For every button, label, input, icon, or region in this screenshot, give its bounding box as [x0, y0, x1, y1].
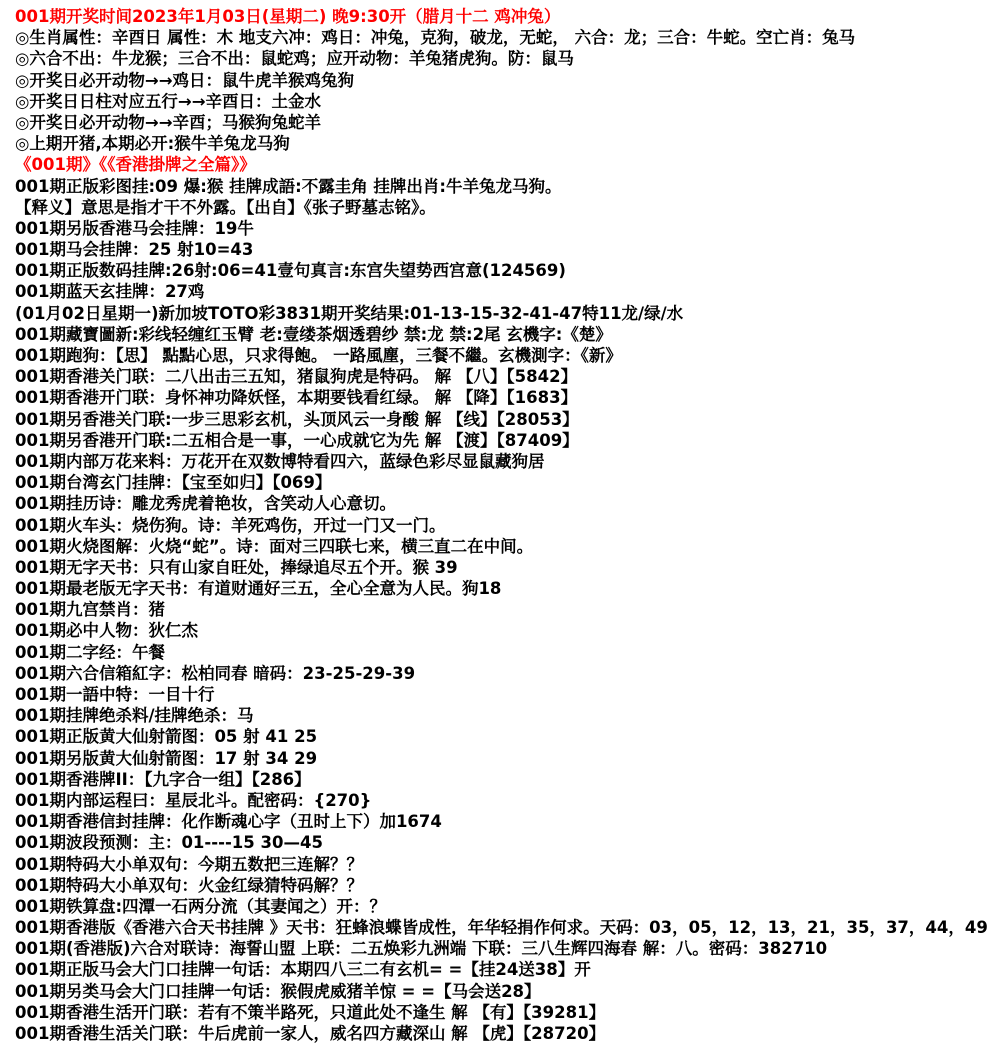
- text-line: 001期挂历诗：雕龙秀虎着艳妆，含笑动人心意切。: [15, 493, 996, 514]
- text-line: 001期必中人物：狄仁杰: [15, 620, 996, 641]
- text-line: 001期一語中特：一目十行: [15, 684, 996, 705]
- text-line: 001期香港开门联：身怀神功降妖怪，本期要钱看红绿。 解 【降】【1683】: [15, 387, 996, 408]
- text-line: 001期特码大小单双句：今期五数把三连解？？: [15, 854, 996, 875]
- text-line: 001期特码大小单双句：火金红绿猜特码解？？: [15, 875, 996, 896]
- text-line: 001期正版数码挂牌:26射:06=41壹句真言:东宫失望势西宫意(124569…: [15, 260, 996, 281]
- text-line: 《001期》《《香港掛牌之全篇》》: [15, 154, 996, 175]
- text-line: 001期香港生活关门联：牛后虎前一家人，威名四方藏深山 解 【虎】【28720】: [15, 1023, 996, 1044]
- text-line: 001期正版彩图挂:09 爆:猴 挂牌成語:不露圭角 挂牌出肖:牛羊兔龙马狗。: [15, 176, 996, 197]
- text-line: 001期火烧图解：火烧“蛇”。诗：面对三四联七来，横三直二在中间。: [15, 536, 996, 557]
- text-line: ◎开奖日必开动物→→鸡日：鼠牛虎羊猴鸡兔狗: [15, 70, 996, 91]
- text-line: 001期内部万花来料：万花开在双数博特看四六，蓝绿色彩尽显鼠藏狗居: [15, 451, 996, 472]
- text-line: ◎上期开猪,本期必开:猴牛羊兔龙马狗: [15, 133, 996, 154]
- text-line: 001期另香港开门联:二五相合是一事，一心成就它为先 解 【渡】【87409】: [15, 430, 996, 451]
- text-line: ◎开奖日必开动物→→辛酉；马猴狗兔蛇羊: [15, 112, 996, 133]
- text-line: 001期铁算盘:四潭一石两分流（其妻闻之）开：？: [15, 896, 996, 917]
- text-line: ◎开奖日日柱对应五行→→辛酉日：土金水: [15, 91, 996, 112]
- text-line: 001期另香港关门联:一步三思彩玄机，头顶风云一身酸 解 【线】【28053】: [15, 409, 996, 430]
- text-line: 001期香港版《香港六合天书挂牌 》天书：狂蜂浪蝶皆成性，年华轻捐作何求。天码：…: [15, 917, 996, 938]
- text-line: 001期内部运程曰：星辰北斗。配密码：{270}: [15, 790, 996, 811]
- text-line: 001期蓝天玄挂牌：27鸡: [15, 281, 996, 302]
- text-line: 001期马会挂牌：25 射10=43: [15, 239, 996, 260]
- text-line: 001期藏寶圖新:彩线轻缠红玉臂 老:壹缕茶烟透碧纱 禁:龙 禁:2尾 玄機字:…: [15, 324, 996, 345]
- text-line: 001期正版黄大仙射箭图：05 射 41 25: [15, 726, 996, 747]
- text-line: 001期挂牌绝杀料/挂牌绝杀：马: [15, 705, 996, 726]
- text-line: 001期香港信封挂牌：化作断魂心字（丑时上下）加1674: [15, 811, 996, 832]
- text-line: 001期开奖时间2023年1月03日(星期二) 晚9:30开（腊月十二 鸡冲兔）: [15, 6, 996, 27]
- text-line: 001期另版香港马会挂牌：19牛: [15, 218, 996, 239]
- text-line: ◎六合不出：牛龙猴；三合不出：鼠蛇鸡；应开动物：羊兔猪虎狗。防：鼠马: [15, 48, 996, 69]
- text-line: 001期最老版无字天书：有道财通好三五，全心全意为人民。狗18: [15, 578, 996, 599]
- text-line: 001期火车头：烧伤狗。诗：羊死鸡伤，开过一门又一门。: [15, 515, 996, 536]
- text-line: 001期另版黄大仙射箭图：17 射 34 29: [15, 748, 996, 769]
- text-line: 001期香港关门联：二八出击三五知，猪鼠狗虎是特码。 解 【八】【5842】: [15, 366, 996, 387]
- text-line: 001期波段预测：主：01----15 30—45: [15, 832, 996, 853]
- text-line: 001期台湾玄门挂牌：【宝至如归】【069】: [15, 472, 996, 493]
- text-line: 【释义】意思是指才干不外露。【出自】《张子野墓志铭》。: [15, 197, 996, 218]
- lottery-info-page: 001期开奖时间2023年1月03日(星期二) 晚9:30开（腊月十二 鸡冲兔）…: [0, 0, 1000, 1051]
- text-line: 001期跑狗：【思】 點點心思，只求得飽。 一路風塵，三餐不繼。玄機測字：《新》: [15, 345, 996, 366]
- text-line: 001期(香港版)六合对联诗：海誓山盟 上联：二五焕彩九洲端 下联：三八生辉四海…: [15, 938, 996, 959]
- text-line: 001期正版马会大门口挂牌一句话：本期四八三二有玄机= =【挂24送38】开: [15, 959, 996, 980]
- text-line: 001期另类马会大门口挂牌一句话：猴假虎威猪羊惊 = =【马会送28】: [15, 981, 996, 1002]
- text-line: 001期香港牌II：【九字合一组】【286】: [15, 769, 996, 790]
- text-line: (01月02日星期一)新加坡TOTO彩3831期开奖结果:01-13-15-32…: [15, 303, 996, 324]
- text-line: 001期香港生活开门联：若有不策半路死，只道此处不逢生 解 【有】【39281】: [15, 1002, 996, 1023]
- text-line: ◎生肖属性：辛酉日 属性：木 地支六冲：鸡日：冲兔，克狗，破龙，无蛇， 六合：龙…: [15, 27, 996, 48]
- text-line: 001期六合信箱紅字：松柏同春 暗码：23-25-29-39: [15, 663, 996, 684]
- text-line: 001期九宫禁肖：猪: [15, 599, 996, 620]
- content-lines: 001期开奖时间2023年1月03日(星期二) 晚9:30开（腊月十二 鸡冲兔）…: [15, 6, 996, 1044]
- text-line: 001期二字经：午餐: [15, 642, 996, 663]
- text-line: 001期无字天书：只有山家自旺处，捧绿追尽五个开。猴 39: [15, 557, 996, 578]
